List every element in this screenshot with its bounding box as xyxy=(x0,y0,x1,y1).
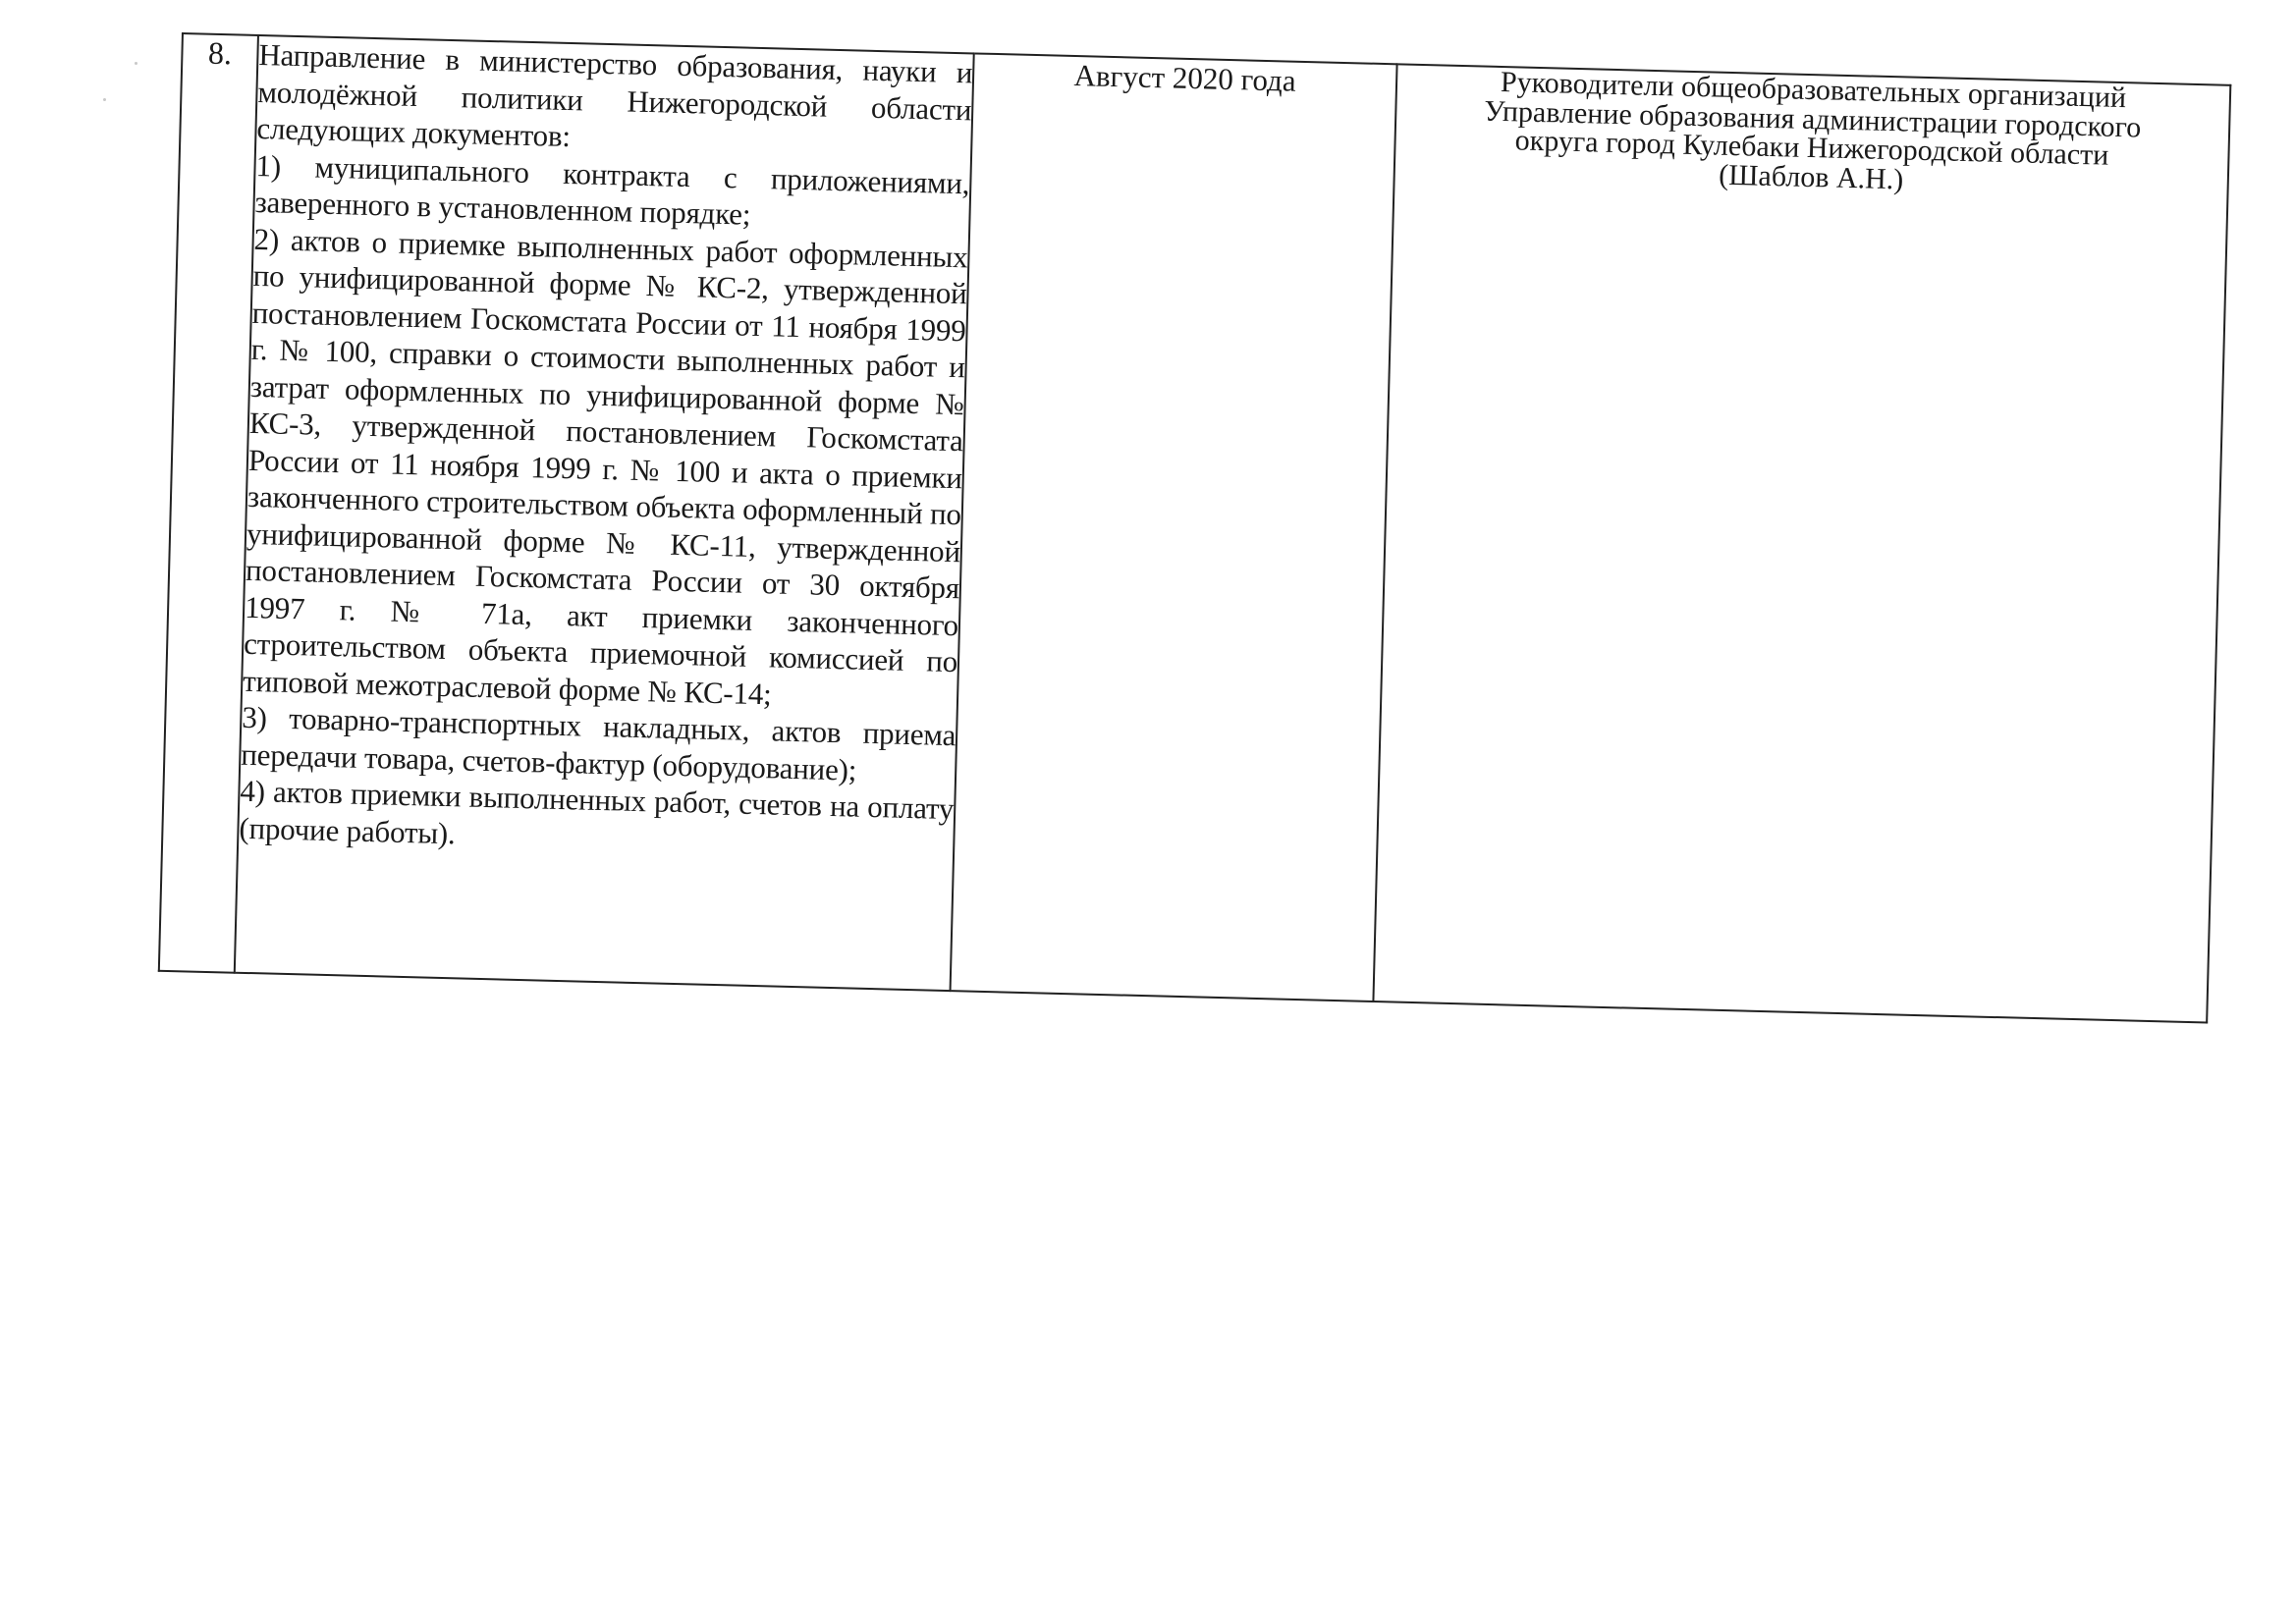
scan-speck xyxy=(103,98,106,101)
scan-speck xyxy=(135,62,137,65)
action-intro: Направление в министерство образования, … xyxy=(256,36,973,165)
action-item-2: 2) актов о приемке выполненных работ офо… xyxy=(243,220,968,717)
plan-table: 8. Направление в министерство образовани… xyxy=(158,32,2232,1024)
table-row: 8. Направление в министерство образовани… xyxy=(159,33,2230,1022)
scanned-page: 8. Направление в министерство образовани… xyxy=(0,0,2296,1624)
row-number: 8. xyxy=(208,35,233,72)
action-cell: Направление в министерство образования, … xyxy=(235,35,974,991)
deadline-cell: Август 2020 года xyxy=(951,53,1397,1001)
deadline-text: Август 2020 года xyxy=(1073,58,1296,98)
plan-table-container: 8. Направление в министерство образовани… xyxy=(158,32,2230,1023)
responsible-cell: Руководители общеобразовательных организ… xyxy=(1373,64,2230,1022)
